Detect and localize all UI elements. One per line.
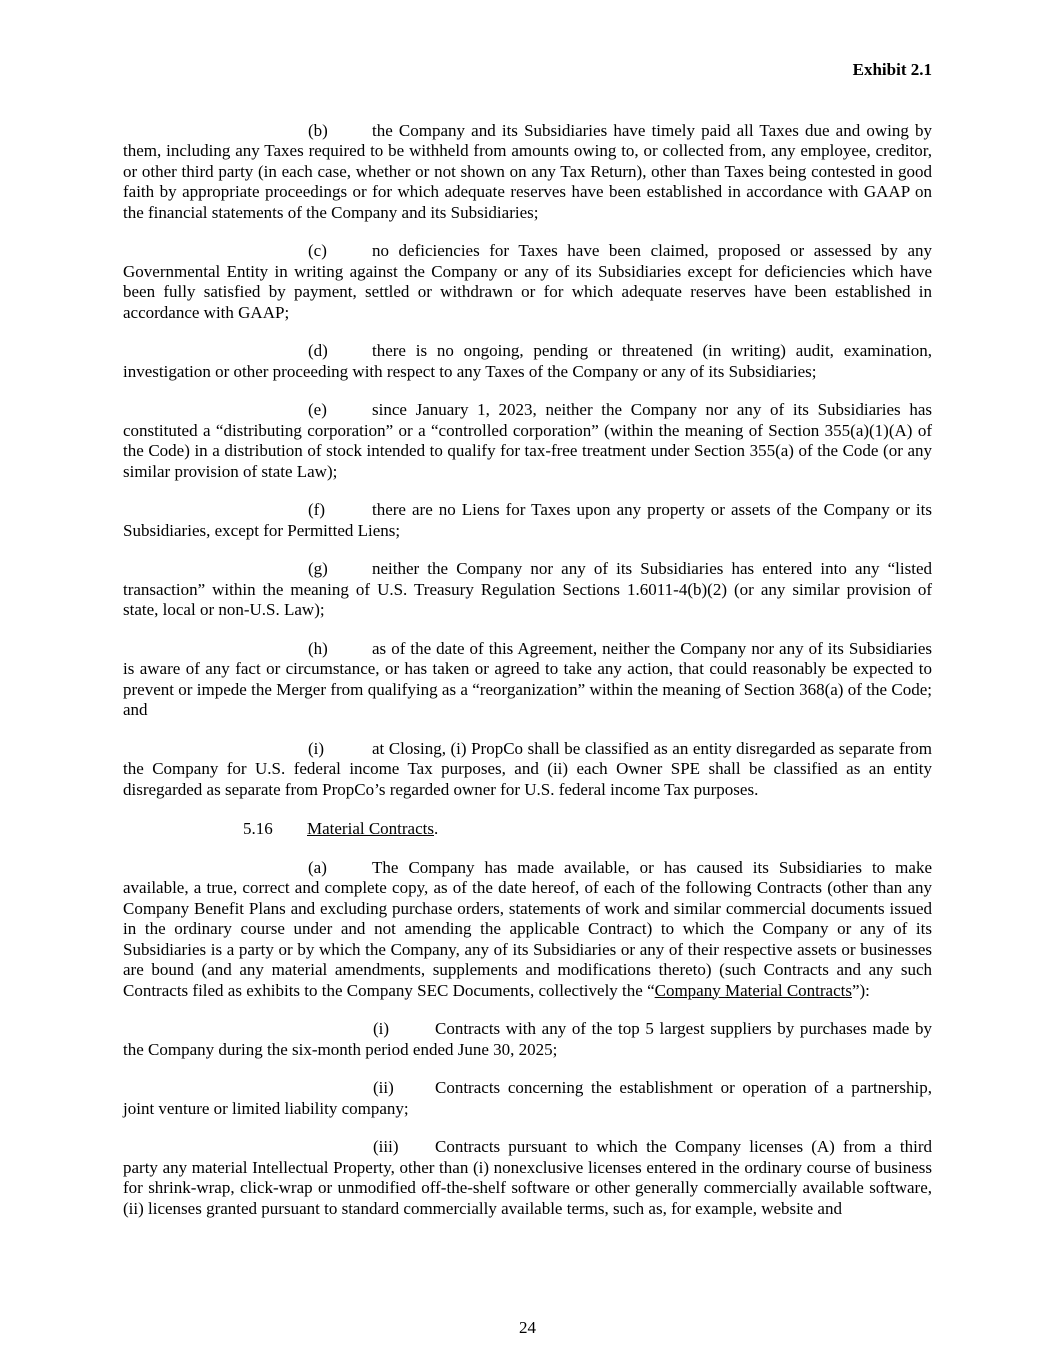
paragraph-h-label: (h) [308, 639, 372, 660]
document-page: Exhibit 2.1 (b)the Company and its Subsi… [0, 0, 1055, 1365]
paragraph-e-label: (e) [308, 400, 372, 421]
paragraph-g-text: neither the Company nor any of its Subsi… [123, 559, 932, 619]
paragraph-c: (c)no deficiencies for Taxes have been c… [123, 241, 932, 323]
paragraph-i: (i)at Closing, (i) PropCo shall be class… [123, 739, 932, 801]
paragraph-d-label: (d) [308, 341, 372, 362]
paragraph-a: (a)The Company has made available, or ha… [123, 858, 932, 1002]
subparagraph-i-label: (i) [373, 1019, 435, 1040]
exhibit-label: Exhibit 2.1 [123, 60, 932, 81]
document-content: Exhibit 2.1 (b)the Company and its Subsi… [123, 60, 932, 1219]
paragraph-f-text: there are no Liens for Taxes upon any pr… [123, 500, 932, 540]
paragraph-c-text: no deficiencies for Taxes have been clai… [123, 241, 932, 322]
paragraph-g-label: (g) [308, 559, 372, 580]
subparagraph-ii-label: (ii) [373, 1078, 435, 1099]
paragraph-a-text-after: ”): [852, 981, 870, 1000]
paragraph-e-text: since January 1, 2023, neither the Compa… [123, 400, 932, 481]
subparagraph-ii: (ii)Contracts concerning the establishme… [123, 1078, 932, 1119]
page-number: 24 [0, 1318, 1055, 1339]
paragraph-b-text: the Company and its Subsidiaries have ti… [123, 121, 932, 222]
paragraph-i-text: at Closing, (i) PropCo shall be classifi… [123, 739, 932, 799]
paragraph-a-label: (a) [308, 858, 372, 879]
paragraph-c-label: (c) [308, 241, 372, 262]
subparagraph-iii-label: (iii) [373, 1137, 435, 1158]
paragraph-d-text: there is no ongoing, pending or threaten… [123, 341, 932, 381]
subparagraph-iii-text: Contracts pursuant to which the Company … [123, 1137, 932, 1218]
section-title-suffix: . [434, 819, 438, 838]
paragraph-f-label: (f) [308, 500, 372, 521]
paragraph-b-label: (b) [308, 121, 372, 142]
paragraph-h-text: as of the date of this Agreement, neithe… [123, 639, 932, 720]
paragraph-b: (b)the Company and its Subsidiaries have… [123, 121, 932, 224]
subparagraph-i: (i)Contracts with any of the top 5 large… [123, 1019, 932, 1060]
paragraph-e: (e)since January 1, 2023, neither the Co… [123, 400, 932, 482]
subparagraph-iii: (iii)Contracts pursuant to which the Com… [123, 1137, 932, 1219]
paragraph-f: (f)there are no Liens for Taxes upon any… [123, 500, 932, 541]
paragraph-d: (d)there is no ongoing, pending or threa… [123, 341, 932, 382]
section-heading-5-16: 5.16Material Contracts. [123, 819, 932, 840]
paragraph-h: (h)as of the date of this Agreement, nei… [123, 639, 932, 721]
paragraph-a-text: The Company has made available, or has c… [123, 858, 932, 1000]
subparagraph-i-text: Contracts with any of the top 5 largest … [123, 1019, 932, 1059]
paragraph-i-label: (i) [308, 739, 372, 760]
defined-term-company-material-contracts: Company Material Contracts [655, 981, 852, 1000]
subparagraph-ii-text: Contracts concerning the establishment o… [123, 1078, 932, 1118]
section-number: 5.16 [243, 819, 307, 840]
section-title: Material Contracts [307, 819, 434, 838]
paragraph-g: (g)neither the Company nor any of its Su… [123, 559, 932, 621]
